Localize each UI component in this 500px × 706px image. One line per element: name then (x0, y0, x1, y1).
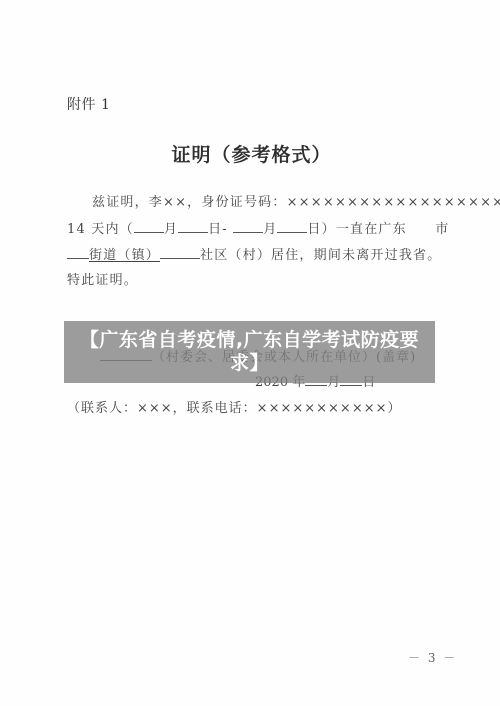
month-label-1: 月 (164, 222, 178, 237)
blank-day-2 (277, 220, 307, 233)
street-town-label: 街道（镇） (89, 248, 160, 263)
document-page: 附件 1 证明（参考格式） 兹证明，李××，身份证号码：××××××××××××… (0, 0, 500, 706)
paragraph-line-1: 兹证明，李××，身份证号码：××××××××××××××××××，近 (92, 191, 500, 210)
blank-month-2 (233, 220, 263, 233)
blank-street-trail (160, 246, 200, 259)
banner-title: 【广东省自考疫情,广东自学考试防疫要求】 (64, 329, 435, 375)
date-range-suffix: 日）一直在广东 市 (307, 222, 449, 237)
contact-info: （联系人：×××，联系电话：×××××××××××） (67, 397, 402, 416)
document-title: 证明（参考格式） (0, 140, 500, 167)
paragraph-line-4: 特此证明。 (67, 269, 138, 288)
day-label-1: 日- (208, 222, 228, 237)
page-number: － 3 － (408, 649, 457, 666)
blank-day-1 (178, 220, 208, 233)
paragraph-line-2: 14 天内（月日- 月日）一直在广东 市 (67, 218, 449, 237)
blank-street-lead (67, 246, 89, 259)
paragraph-line-3: 街道（镇）社区（村）居住，期间未离开过我省。 (67, 244, 441, 263)
date-range-prefix: 14 天内（ (67, 222, 134, 237)
attachment-label: 附件 1 (67, 94, 110, 114)
month-label-2: 月 (263, 222, 277, 237)
title-overlay-banner: 【广东省自考疫情,广东自学考试防疫要求】 (64, 321, 435, 383)
community-residence-text: 社区（村）居住，期间未离开过我省。 (200, 248, 441, 263)
blank-month-1 (134, 220, 164, 233)
